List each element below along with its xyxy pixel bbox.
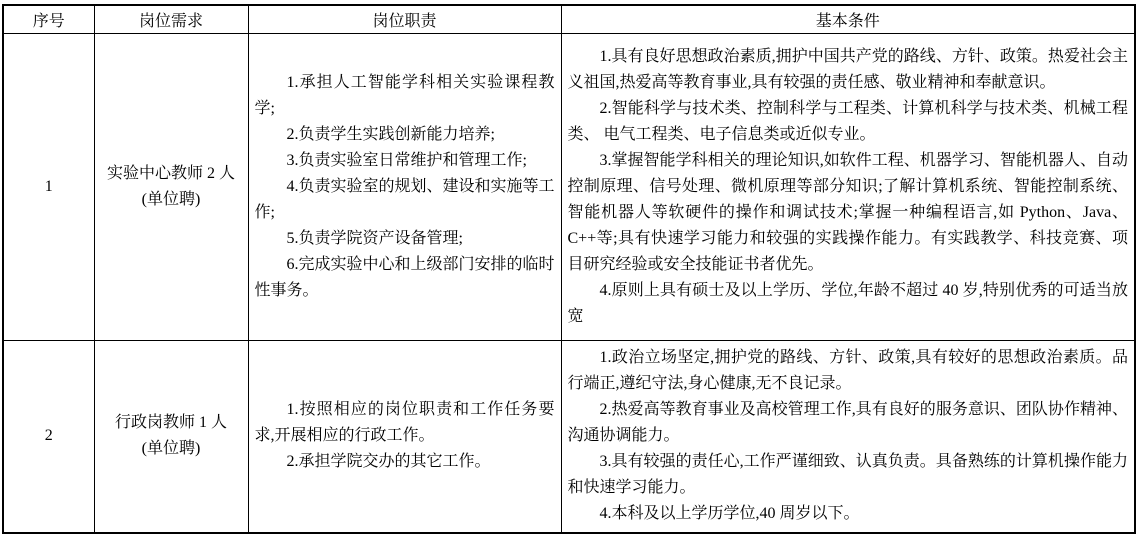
- duty-item: 2.负责学生实践创新能力培养;: [255, 122, 555, 148]
- condition-item: 2.热爱高等教育事业及高校管理工作,具有良好的服务意识、团队协作精神、沟通协调能…: [568, 397, 1129, 449]
- duty-item: 2.承担学院交办的其它工作。: [255, 449, 555, 475]
- cell-basic-conditions: 1.具有良好思想政治素质,拥护中国共产党的路线、方针、政策。热爱社会主义祖国,热…: [561, 33, 1135, 340]
- condition-item: 3.具有较强的责任心,工作严谨细致、认真负责。具备熟练的计算机操作能力和快速学习…: [568, 449, 1129, 501]
- table-row: 1 实验中心教师 2 人 (单位聘) 1.承担人工智能学科相关实验课程教学; 2…: [3, 33, 1135, 340]
- header-position-need: 岗位需求: [94, 5, 248, 33]
- job-positions-table: 序号 岗位需求 岗位职责 基本条件 1 实验中心教师 2 人 (单位聘) 1.承…: [2, 4, 1136, 534]
- cell-position-duties: 1.承担人工智能学科相关实验课程教学; 2.负责学生实践创新能力培养; 3.负责…: [248, 33, 561, 340]
- duty-item: 1.承担人工智能学科相关实验课程教学;: [255, 70, 555, 122]
- cell-serial-number: 1: [3, 33, 94, 340]
- position-need-line: 行政岗教师 1 人: [95, 410, 248, 436]
- condition-item: 1.政治立场坚定,拥护党的路线、方针、政策,具有较好的思想政治素质。品行端正,遵…: [568, 345, 1129, 397]
- cell-position-need: 行政岗教师 1 人 (单位聘): [94, 340, 248, 533]
- duty-item: 6.完成实验中心和上级部门安排的临时性事务。: [255, 252, 555, 304]
- cell-position-duties: 1.按照相应的岗位职责和工作任务要求,开展相应的行政工作。 2.承担学院交办的其…: [248, 340, 561, 533]
- position-need-line: (单位聘): [95, 436, 248, 462]
- duty-item: 1.按照相应的岗位职责和工作任务要求,开展相应的行政工作。: [255, 397, 555, 449]
- duty-item: 4.负责实验室的规划、建设和实施等工作;: [255, 174, 555, 226]
- position-need-line: 实验中心教师 2 人: [95, 161, 248, 187]
- duty-item: 3.负责实验室日常维护和管理工作;: [255, 148, 555, 174]
- duty-item: 5.负责学院资产设备管理;: [255, 226, 555, 252]
- table-row: 2 行政岗教师 1 人 (单位聘) 1.按照相应的岗位职责和工作任务要求,开展相…: [3, 340, 1135, 533]
- header-position-duties: 岗位职责: [248, 5, 561, 33]
- condition-item: 3.掌握智能学科相关的理论知识,如软件工程、机器学习、智能机器人、自动控制原理、…: [568, 148, 1129, 278]
- cell-position-need: 实验中心教师 2 人 (单位聘): [94, 33, 248, 340]
- cell-basic-conditions: 1.政治立场坚定,拥护党的路线、方针、政策,具有较好的思想政治素质。品行端正,遵…: [561, 340, 1135, 533]
- condition-item: 4.本科及以上学历学位,40 周岁以下。: [568, 501, 1129, 527]
- condition-item: 1.具有良好思想政治素质,拥护中国共产党的路线、方针、政策。热爱社会主义祖国,热…: [568, 44, 1129, 96]
- position-need-line: (单位聘): [95, 187, 248, 213]
- cell-serial-number: 2: [3, 340, 94, 533]
- header-basic-conditions: 基本条件: [561, 5, 1135, 33]
- condition-item: 4.原则上具有硕士及以上学历、学位,年龄不超过 40 岁,特别优秀的可适当放宽: [568, 278, 1129, 330]
- header-row: 序号 岗位需求 岗位职责 基本条件: [3, 5, 1135, 33]
- header-serial-number: 序号: [3, 5, 94, 33]
- condition-item: 2.智能科学与技术类、控制科学与工程类、计算机科学与技术类、机械工程类、 电气工…: [568, 96, 1129, 148]
